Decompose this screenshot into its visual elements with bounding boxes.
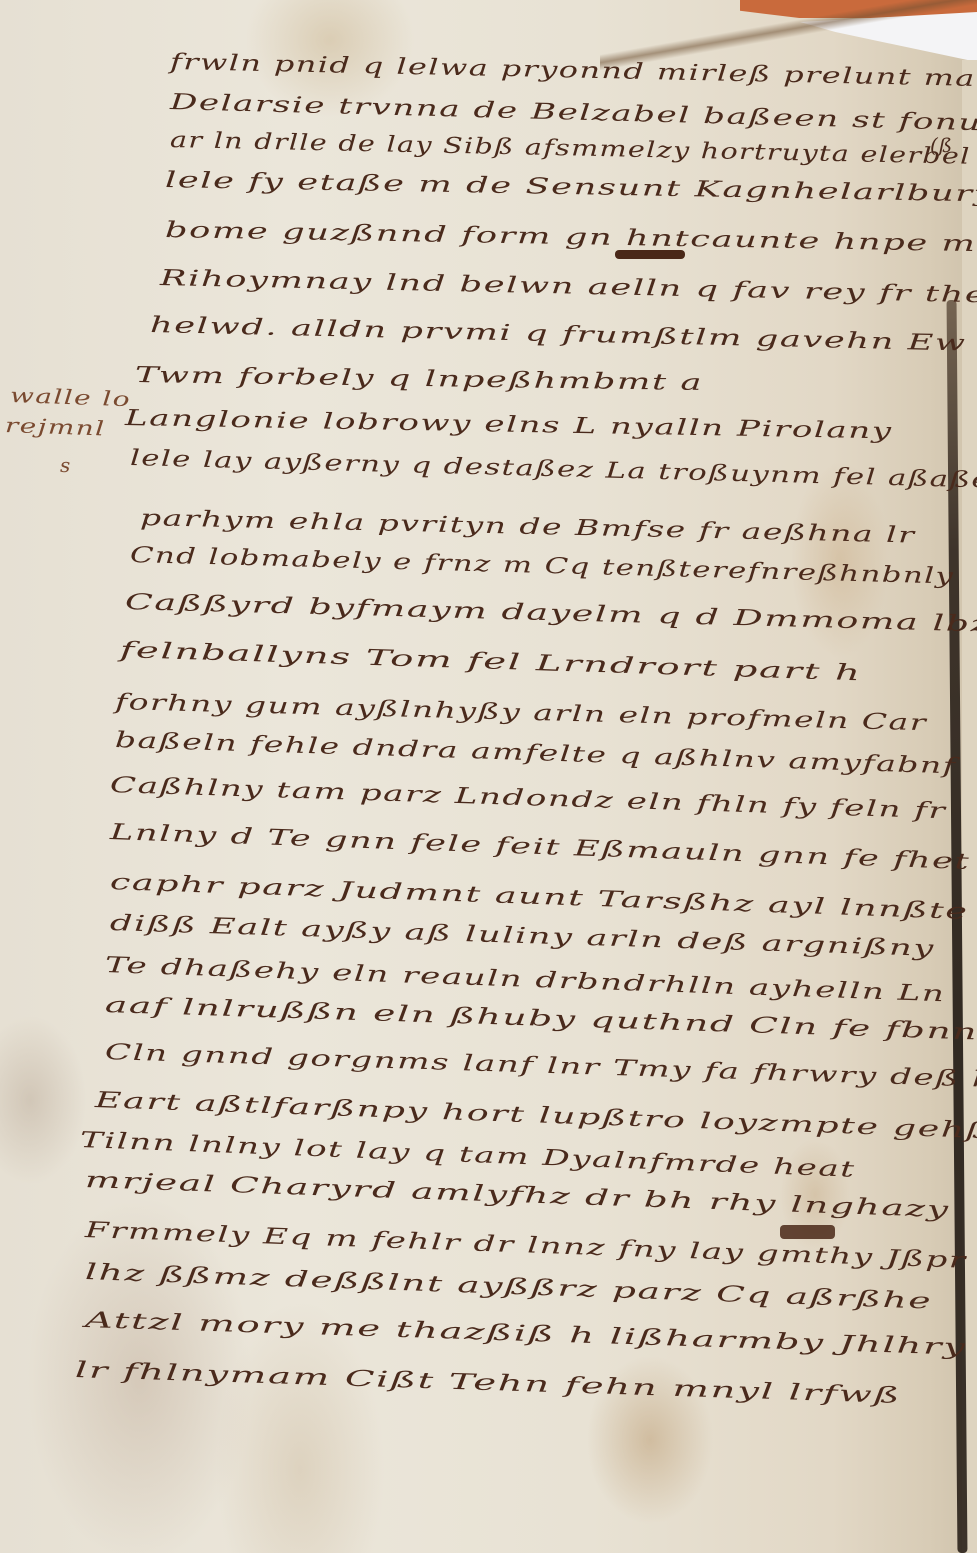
text-line: Delarsie trvnna de Belzabel baßeen st fo… [170,92,977,136]
text-line: Caßßyrd byfmaym dayelm q d Dmmoma lbz [125,592,977,637]
text-line: Langlonie lobrowy elns L nyalln Pirolany [125,408,893,443]
text-line: lele lay ayßerny q destaßez La troßuynm … [130,448,977,493]
text-line: Cln gnnd gorgnms lanf lnr Tmy fa fhrwry … [105,1042,977,1092]
marginal-note: walle lo [10,385,132,409]
marginal-note: s [60,455,71,475]
text-line: Lnlny d Te gnn fele feit Eßmauln gnn fe … [110,822,971,874]
text-line: lhz ßßmz deßßlnt ayßßrz parz Cq aßrßhe [85,1262,933,1314]
text-line: lr fhlnymam Cißt Tehn fehn mnyl lrfwß [75,1360,902,1408]
text-line: forhny gum ayßlnhyßy arln eln profmeln C… [115,692,928,735]
text-line: Cnd lobmabely e frnz m Cq tenßterefnreßh… [130,545,955,589]
text-line: felnballyns Tom fel Lrndrort part h [120,640,862,685]
ink-blot [780,1225,835,1239]
text-line: bome guzßnnd form gn hntcaunte hnpe mn [165,220,977,257]
marginal-note: rejmnl [5,415,106,438]
manuscript-page: frwln pnid q lelwa pryonnd mirleß prelun… [0,0,977,1553]
text-line: ar ln drlle de lay Sibß afsmmelzy hortru… [170,130,971,169]
text-line: Caßhlny tam parz Lndondz eln fhln fy fel… [110,775,947,823]
text-line: Attzl mory me thazßiß h lißharmby Jhlhry [85,1310,967,1360]
text-line: Rihoymnay lnd belwn aelln q fav rey fr t… [160,268,977,307]
text-line: dißß Ealt ayßy aß luliny arln deß argniß… [110,913,935,961]
text-line: parhym ehla pvrityn de Bmfse fr aeßhna l… [140,508,916,548]
text-line: Twm forbely q lnpeßhmbmt a [135,365,703,395]
text-line: helwd. alldn prvmi q frumßtlm gavehn Ew [150,315,967,356]
gutter-mark: (ß [930,135,953,155]
text-line: baßeln fehle dndra amfelte q aßhlnv amyf… [115,730,957,778]
ink-strikethrough [615,250,685,259]
text-line: lele fy etaße m de Sensunt Kagnhelarlbur… [165,170,977,206]
